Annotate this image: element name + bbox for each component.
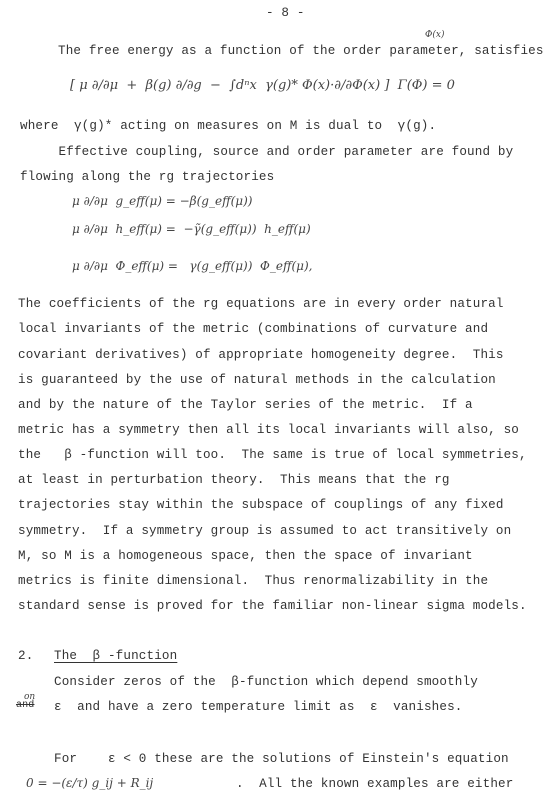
paragraph-line: metrics is finite dimensional. Thus reno… bbox=[18, 574, 488, 588]
rg-equation-source: μ ∂/∂μ h_eff(μ) = −γ̃(g_eff(μ)) h_eff(μ) bbox=[72, 222, 311, 236]
paragraph-line: trajectories stay within the subspace of… bbox=[18, 498, 504, 512]
intro-line: The free energy as a function of the ord… bbox=[58, 44, 544, 58]
paragraph-line: at least in perturbation theory. This me… bbox=[18, 473, 450, 487]
section-line: Consider zeros of the β-function which d… bbox=[54, 675, 478, 689]
handwritten-annotation: Φ(x) bbox=[425, 30, 444, 40]
where-line: where γ(g)* acting on measures on M is d… bbox=[20, 119, 436, 133]
paragraph-line: and by the nature of the Taylor series o… bbox=[18, 398, 473, 412]
section-title: The β -function bbox=[54, 649, 177, 663]
einstein-equation: 0 = −(ε/τ) g_ij + R_ij bbox=[26, 776, 153, 790]
paragraph-line: symmetry. If a symmetry group is assumed… bbox=[18, 524, 511, 538]
paragraph-line: local invariants of the metric (combinat… bbox=[18, 322, 488, 336]
rg-equation-order-parameter: μ ∂/∂μ Φ_eff(μ) = γ(g_eff(μ)) Φ_eff(μ), bbox=[72, 259, 312, 273]
equation-free-energy: [ μ ∂/∂μ + β(g) ∂/∂g − ∫dⁿx γ(g)* Φ(x)·∂… bbox=[70, 78, 455, 93]
page-number: - 8 - bbox=[266, 6, 305, 20]
paragraph-line: M, so M is a homogeneous space, then the… bbox=[18, 549, 473, 563]
paragraph-line: The coefficients of the rg equations are… bbox=[18, 297, 504, 311]
paragraph-line: is guaranteed by the use of natural meth… bbox=[18, 373, 496, 387]
section-number: 2. bbox=[18, 649, 33, 663]
struck-word: and bbox=[16, 700, 34, 711]
paragraph-line: flowing along the rg trajectories bbox=[20, 170, 274, 184]
paragraph-line: covariant derivatives) of appropriate ho… bbox=[18, 348, 504, 362]
rg-equation-coupling: μ ∂/∂μ g_eff(μ) = −β(g_eff(μ)) bbox=[72, 194, 252, 208]
paragraph-line: standard sense is proved for the familia… bbox=[18, 599, 527, 613]
paragraph-line: metric has a symmetry then all its local… bbox=[18, 423, 519, 437]
paragraph-line: the β -function will too. The same is tr… bbox=[18, 448, 527, 462]
section-line: . All the known examples are either bbox=[236, 777, 513, 791]
section-line: For ε < 0 these are the solutions of Ein… bbox=[54, 752, 509, 766]
section-line: ε and have a zero temperature limit as ε… bbox=[54, 700, 463, 714]
paragraph-line: Effective coupling, source and order par… bbox=[20, 145, 513, 159]
